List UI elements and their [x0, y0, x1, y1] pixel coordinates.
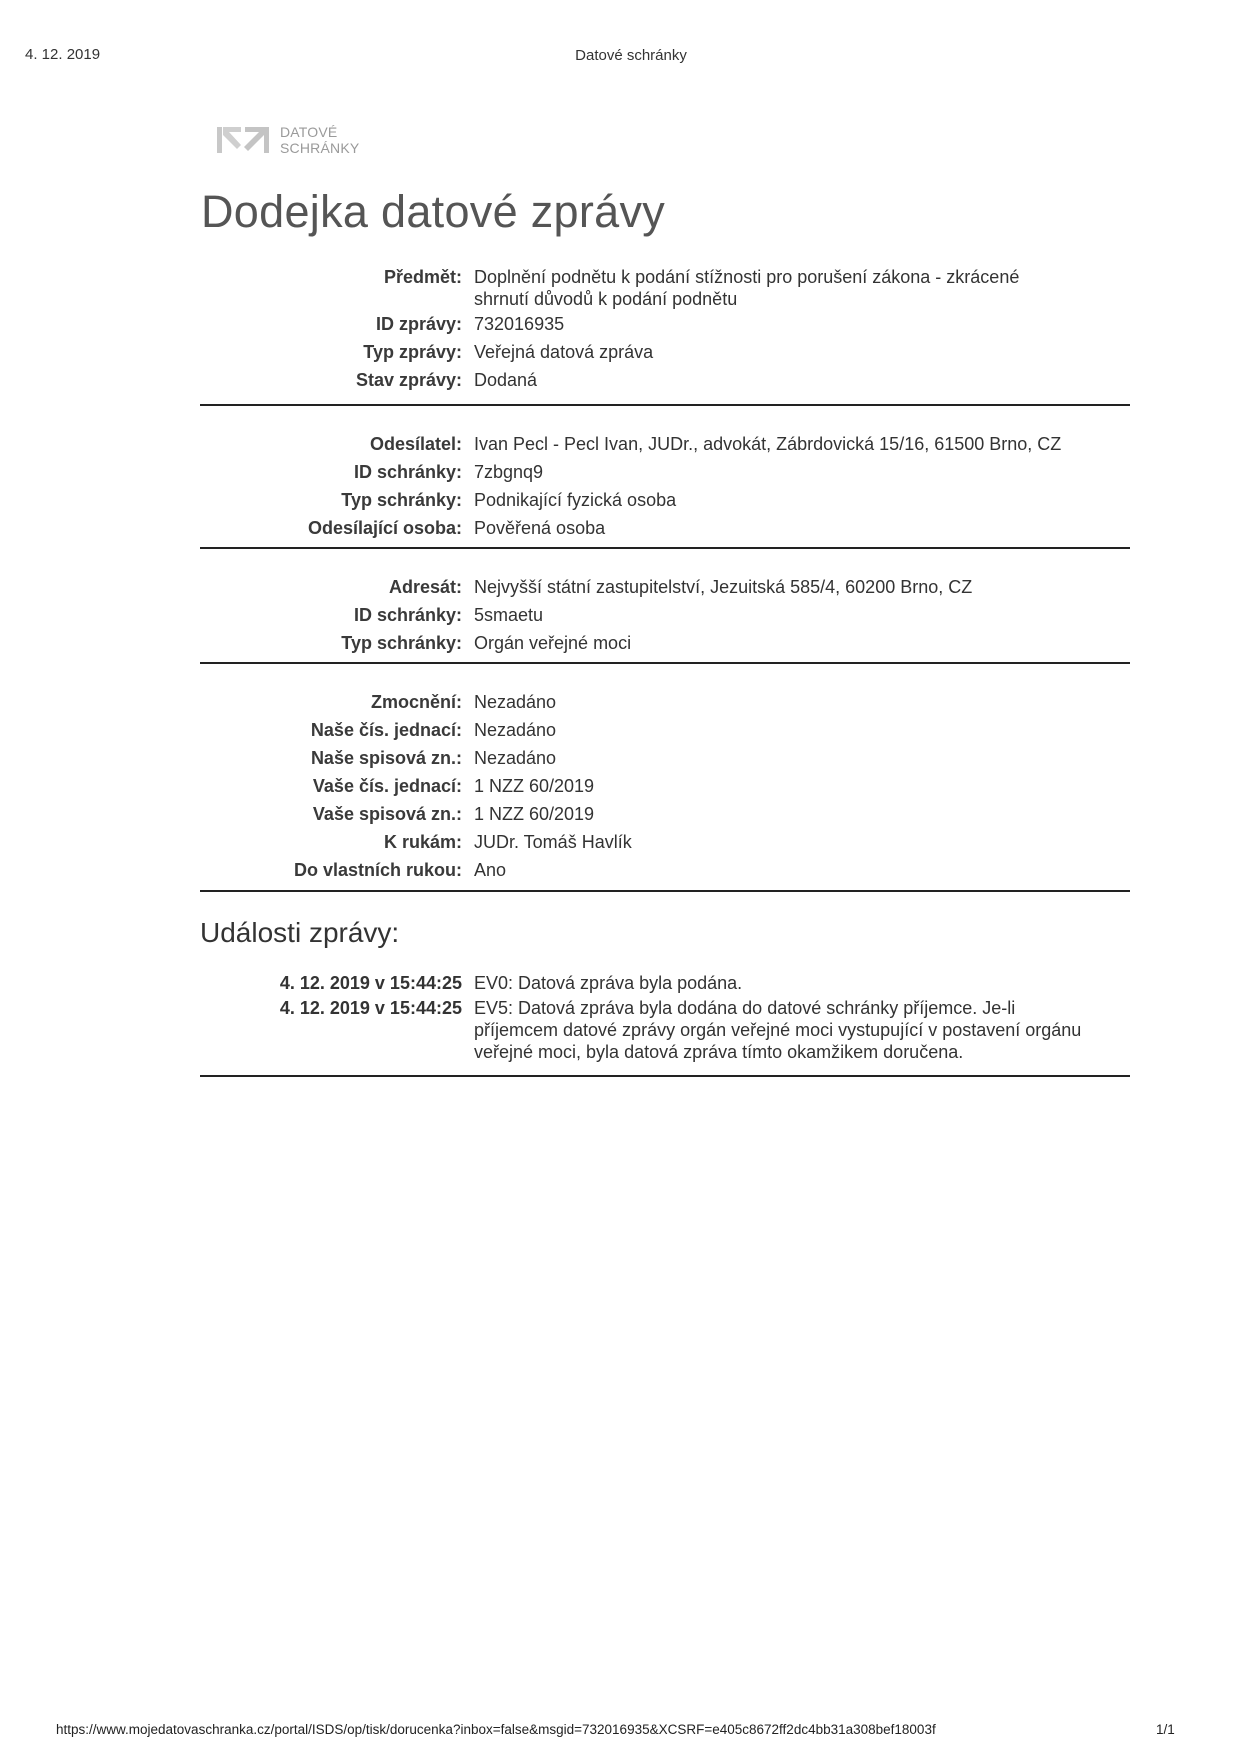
field-label: Stav zprávy:	[200, 366, 474, 394]
event-timestamp: 4. 12. 2019 v 15:44:25	[200, 994, 474, 1063]
field-value: JUDr. Tomáš Havlík	[474, 828, 1130, 856]
print-header-date: 4. 12. 2019	[25, 46, 100, 63]
sender-section: Odesílatel: Ivan Pecl - Pecl Ivan, JUDr.…	[200, 430, 1130, 542]
field-label: Typ schránky:	[200, 486, 474, 514]
message-section: Předmět: Doplnění podnětu k podání stížn…	[200, 263, 1130, 394]
field-row-recipient-box-id: ID schránky: 5smaetu	[200, 601, 1130, 629]
field-label: Naše spisová zn.:	[200, 744, 474, 772]
field-value: 1 NZZ 60/2019	[474, 772, 1130, 800]
field-label: ID schránky:	[200, 601, 474, 629]
field-label: Vaše spisová zn.:	[200, 800, 474, 828]
field-label: Do vlastních rukou:	[200, 856, 474, 884]
section-divider	[200, 404, 1130, 406]
events-list: 4. 12. 2019 v 15:44:25 EV0: Datová zpráv…	[200, 969, 1130, 1063]
field-row-authorization: Zmocnění: Nezadáno	[200, 688, 1130, 716]
section-divider	[200, 547, 1130, 549]
field-label: Odesílatel:	[200, 430, 474, 458]
details-section: Zmocnění: Nezadáno Naše čís. jednací: Ne…	[200, 688, 1130, 884]
field-row-sender-box-type: Typ schránky: Podnikající fyzická osoba	[200, 486, 1130, 514]
field-row-your-file-mark: Vaše spisová zn.: 1 NZZ 60/2019	[200, 800, 1130, 828]
section-divider	[200, 890, 1130, 892]
field-row-subject: Předmět: Doplnění podnětu k podání stížn…	[200, 263, 1130, 310]
field-label: Zmocnění:	[200, 688, 474, 716]
recipient-section: Adresát: Nejvyšší státní zastupitelství,…	[200, 573, 1130, 657]
section-divider	[200, 662, 1130, 664]
field-label: Typ schránky:	[200, 629, 474, 657]
field-label: Odesílající osoba:	[200, 514, 474, 542]
field-label: Naše čís. jednací:	[200, 716, 474, 744]
field-label: ID schránky:	[200, 458, 474, 486]
field-value: Veřejná datová zpráva	[474, 338, 1130, 366]
event-item: 4. 12. 2019 v 15:44:25 EV5: Datová zpráv…	[200, 994, 1130, 1063]
field-row-personal-delivery: Do vlastních rukou: Ano	[200, 856, 1130, 884]
events-title: Události zprávy:	[200, 917, 399, 949]
field-value: Dodaná	[474, 366, 1130, 394]
field-row-recipient: Adresát: Nejvyšší státní zastupitelství,…	[200, 573, 1130, 601]
field-value: Podnikající fyzická osoba	[474, 486, 1130, 514]
field-label: K rukám:	[200, 828, 474, 856]
field-value: 5smaetu	[474, 601, 1130, 629]
field-row-message-type: Typ zprávy: Veřejná datová zpráva	[200, 338, 1130, 366]
field-row-sender: Odesílatel: Ivan Pecl - Pecl Ivan, JUDr.…	[200, 430, 1130, 458]
field-value: Doplnění podnětu k podání stížnosti pro …	[474, 263, 1064, 310]
field-row-our-file-mark: Naše spisová zn.: Nezadáno	[200, 744, 1130, 772]
field-value: Ivan Pecl - Pecl Ivan, JUDr., advokát, Z…	[474, 430, 1130, 458]
field-label: Typ zprávy:	[200, 338, 474, 366]
field-label: Předmět:	[200, 263, 474, 310]
field-value: 7zbgnq9	[474, 458, 1130, 486]
field-row-message-id: ID zprávy: 732016935	[200, 310, 1130, 338]
logo-text-line1: DATOVÉ	[280, 124, 359, 140]
field-value: Nezadáno	[474, 716, 1130, 744]
print-footer-url: https://www.mojedatovaschranka.cz/portal…	[56, 1722, 936, 1737]
logo: DATOVÉ SCHRÁNKY	[217, 124, 359, 156]
field-row-sender-box-id: ID schránky: 7zbgnq9	[200, 458, 1130, 486]
field-row-your-ref-number: Vaše čís. jednací: 1 NZZ 60/2019	[200, 772, 1130, 800]
event-item: 4. 12. 2019 v 15:44:25 EV0: Datová zpráv…	[200, 969, 1130, 994]
field-value: Nezadáno	[474, 744, 1130, 772]
section-divider	[200, 1075, 1130, 1077]
field-label: Adresát:	[200, 573, 474, 601]
print-footer-page: 1/1	[1156, 1722, 1175, 1737]
field-value: Pověřená osoba	[474, 514, 1130, 542]
field-row-message-status: Stav zprávy: Dodaná	[200, 366, 1130, 394]
field-label: Vaše čís. jednací:	[200, 772, 474, 800]
field-value: Nezadáno	[474, 688, 1130, 716]
event-timestamp: 4. 12. 2019 v 15:44:25	[200, 969, 474, 994]
field-value: 732016935	[474, 310, 1130, 338]
document-title: Dodejka datové zprávy	[201, 186, 665, 238]
field-row-sending-person: Odesílající osoba: Pověřená osoba	[200, 514, 1130, 542]
field-value: 1 NZZ 60/2019	[474, 800, 1130, 828]
event-description: EV0: Datová zpráva byla podána.	[474, 969, 1094, 994]
field-value: Orgán veřejné moci	[474, 629, 1130, 657]
datove-schranky-logo-icon	[217, 125, 271, 155]
print-header-title: Datové schránky	[575, 47, 687, 64]
logo-text-line2: SCHRÁNKY	[280, 140, 359, 156]
logo-text: DATOVÉ SCHRÁNKY	[280, 124, 359, 156]
field-row-attention-of: K rukám: JUDr. Tomáš Havlík	[200, 828, 1130, 856]
field-label: ID zprávy:	[200, 310, 474, 338]
field-value: Nejvyšší státní zastupitelství, Jezuitsk…	[474, 573, 1130, 601]
event-description: EV5: Datová zpráva byla dodána do datové…	[474, 994, 1094, 1063]
field-row-recipient-box-type: Typ schránky: Orgán veřejné moci	[200, 629, 1130, 657]
field-row-our-ref-number: Naše čís. jednací: Nezadáno	[200, 716, 1130, 744]
field-value: Ano	[474, 856, 1130, 884]
